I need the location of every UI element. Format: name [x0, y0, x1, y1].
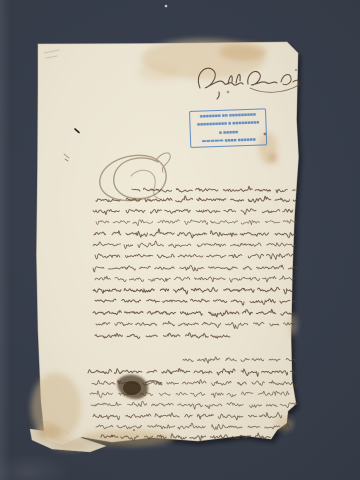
- stamp-text-line-4: ▬▬▬▬▬ ▪▪▪▪ ▪▪▪▪▪▪: [193, 136, 264, 144]
- stamp-text-line-3: ▪ ▪▪▪▪▪: [193, 128, 264, 136]
- stamp-text-line-1: ▪▪▪▪▪▪▪ ▪▪ ▪▪▪▪▪▪▪▪▪: [192, 112, 263, 120]
- paper-sheet: [37, 42, 299, 446]
- stamp-text-line-2: ▪▪▪▪▪▪▪▪▪▪ ▪ ▪▪▪▪▪▪▪▪▪: [192, 120, 263, 128]
- archive-stamp: ▪▪▪▪▪▪▪ ▪▪ ▪▪▪▪▪▪▪▪▪ ▪▪▪▪▪▪▪▪▪▪ ▪ ▪▪▪▪▪▪…: [189, 108, 267, 148]
- document-photo: [0, 0, 360, 480]
- photo-background: ▪▪▪▪▪▪▪ ▪▪ ▪▪▪▪▪▪▪▪▪ ▪▪▪▪▪▪▪▪▪▪ ▪ ▪▪▪▪▪▪…: [0, 0, 360, 480]
